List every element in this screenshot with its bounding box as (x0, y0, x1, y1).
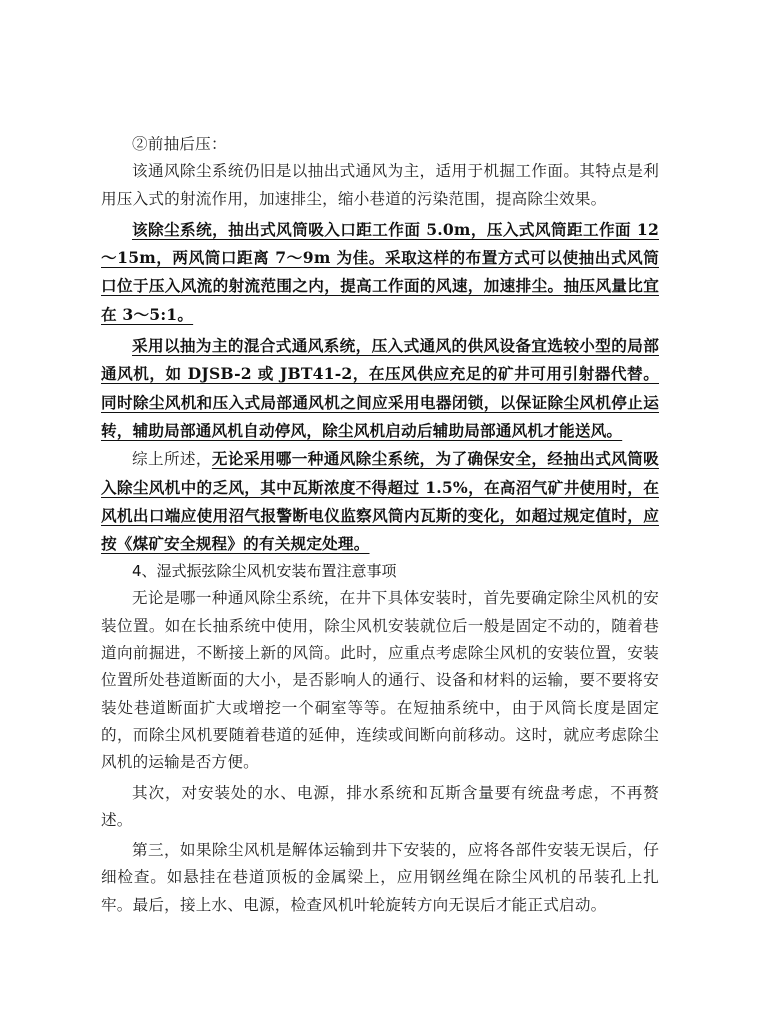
document-page: ②前抽后压： 该通风除尘系统仍旧是以抽出式通风为主，适用于机掘工作面。其特点是利… (101, 131, 659, 919)
emphasis-duct-distances: 该除尘系统，抽出式风筒吸入口距工作面 5.0m，压入式风筒距工作面 12～15m… (101, 220, 659, 324)
subheading-front-extract-rear-press: ②前抽后压： (101, 131, 659, 158)
paragraph-water-power: 其次，对安装处的水、电源，排水系统和瓦斯含量要有统盘考虑，不再赘述。 (101, 780, 659, 835)
paragraph-system-overview: 该通风除尘系统仍旧是以抽出式通风为主，适用于机掘工作面。其特点是利用压入式的射流… (101, 158, 659, 213)
summary-lead: 综上所述， (132, 450, 212, 468)
paragraph-mixed-ventilation: 采用以抽为主的混合式通风系统，压入式通风的供风设备宜选较小型的局部通风机，如 D… (101, 332, 659, 445)
paragraph-duct-distances: 该除尘系统，抽出式风筒吸入口距工作面 5.0m，压入式风筒距工作面 12～15m… (101, 216, 659, 329)
section-heading-installation-notes: 4、湿式振弦除尘风机安装布置注意事项 (101, 558, 659, 585)
paragraph-assembly-check: 第三，如果除尘风机是解体运输到井下安装的，应将各部件安装无误后，仔细检查。如悬挂… (101, 837, 659, 919)
paragraph-installation-location: 无论是哪一种通风除尘系统，在井下具体安装时，首先要确定除尘风机的安装位置。如在长… (101, 585, 659, 776)
paragraph-safety-summary: 综上所述，无论采用哪一种通风除尘系统，为了确保安全，经抽出式风筒吸入除尘风机中的… (101, 445, 659, 558)
emphasis-mixed-ventilation: 采用以抽为主的混合式通风系统，压入式通风的供风设备宜选较小型的局部通风机，如 D… (101, 336, 659, 440)
